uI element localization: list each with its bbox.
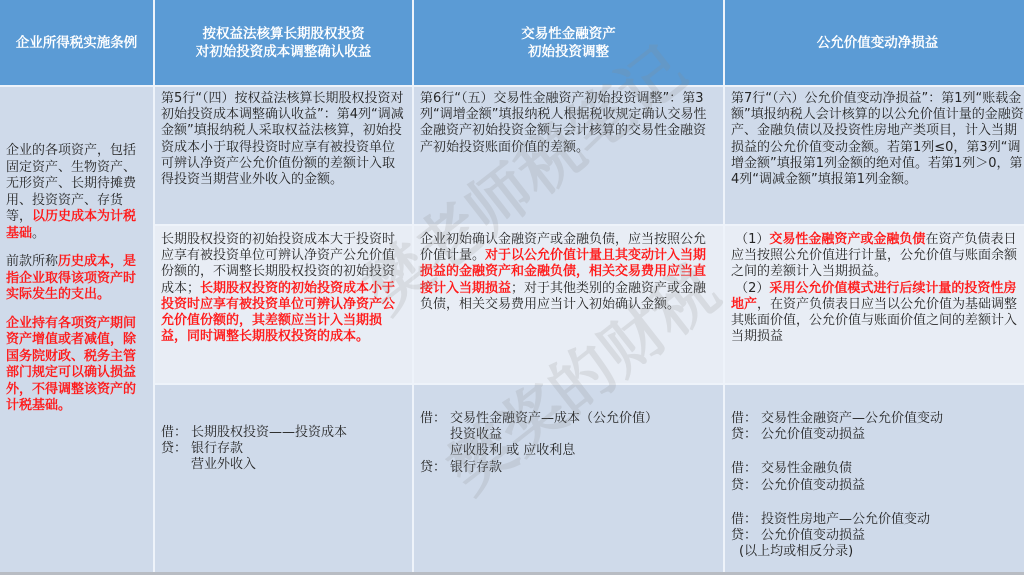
header-equity-method: 按权益法核算长期股权投资 对初始投资成本调整确认收益: [155, 0, 412, 85]
journal-entry-line: 借：交易性金融资产—公允价值变动: [731, 411, 1024, 427]
fairvalue-item-1: （1）交易性金融资产或金融负债在资产负债表日应当按照公允价值进行计量，公允价值与…: [731, 232, 1024, 281]
journal-entry-line: 贷：银行存款: [161, 441, 406, 457]
journal-entry-line: 贷：公允价值变动损益: [731, 427, 1024, 443]
equity-accounting-rule: 长期股权投资的初始投资成本大于投资时应享有被投资单位可辨认净资产公允价值份额的，…: [155, 226, 412, 383]
fairvalue-journal-entries: 借：交易性金融资产—公允价值变动 贷：公允价值变动损益 借：交易性金融负债 贷：…: [725, 385, 1024, 575]
equity-journal-entries: 借：长期股权投资——投资成本 贷：银行存款 营业外收入: [155, 385, 412, 575]
journal-entry-line: 贷：公允价值变动损益: [731, 528, 1024, 544]
header-tax-regulation: 企业所得税实施条例: [0, 0, 153, 85]
fairvalue-accounting-rule: （1）交易性金融资产或金融负债在资产负债表日应当按照公允价值进行计量，公允价值与…: [725, 226, 1024, 383]
journal-entry-line: 借：交易性金融负债: [731, 461, 1024, 477]
tax-comparison-table: 企业所得税实施条例 按权益法核算长期股权投资 对初始投资成本调整确认收益 交易性…: [0, 0, 1024, 572]
tax-regulation-text: 企业的各项资产，包括固定资产、生物资产、无形资产、长期待摊费用、投资资产、存货等…: [0, 87, 153, 575]
fairvalue-filing-rule: 第7行“（六）公允价值变动净损益”：第1列“账载金额”填报纳税人会计核算的以公允…: [725, 87, 1024, 224]
header-trading-assets: 交易性金融资产 初始投资调整: [414, 0, 723, 85]
journal-entry-line: 借：交易性金融资产—成本（公允价值）: [420, 411, 717, 427]
journal-entry-line: 投资收益: [420, 427, 717, 443]
journal-entry-line: 应收股利 或 应收利息: [420, 443, 717, 459]
journal-entry-line: 营业外收入: [161, 457, 406, 473]
fairvalue-item-2: （2）采用公允价值模式进行后续计量的投资性房地产，在资产负债表日应当以公允价值为…: [731, 281, 1024, 346]
trading-journal-entries: 借：交易性金融资产—成本（公允价值） 投资收益 应收股利 或 应收利息 贷：银行…: [414, 385, 723, 575]
trading-accounting-rule: 企业初始确认金融资产或金融负债，应当按照公允价值计量。对于以公允价值计量且其变动…: [414, 226, 723, 383]
trading-filing-rule: 第6行“（五）交易性金融资产初始投资调整”：第3列“调增金额”填报纳税人根据税收…: [414, 87, 723, 224]
journal-entry-line: 贷：银行存款: [420, 460, 717, 476]
journal-entry-line: 借：长期股权投资——投资成本: [161, 425, 406, 441]
journal-entry-group: 借：投资性房地产—公允价值变动 贷：公允价值变动损益: [731, 512, 1024, 544]
equity-filing-rule: 第5行“（四）按权益法核算长期股权投资对初始投资成本调整确认收益”：第4列“调减…: [155, 87, 412, 224]
regulation-para-1: 企业的各项资产，包括固定资产、生物资产、无形资产、长期待摊费用、投资资产、存货等…: [6, 143, 147, 242]
header-fair-value: 公允价值变动净损益: [725, 0, 1024, 85]
journal-entry-line: 贷：公允价值变动损益: [731, 478, 1024, 494]
reverse-entry-note: (以上均或相反分录): [731, 544, 1024, 560]
journal-entry-group: 借：交易性金融资产—公允价值变动 贷：公允价值变动损益: [731, 411, 1024, 443]
regulation-para-2: 前款所称历史成本，是指企业取得该项资产时实际发生的支出。: [6, 254, 147, 304]
highlight: 交易性金融资产或金融负债: [769, 232, 925, 247]
journal-entry-group: 借：交易性金融负债 贷：公允价值变动损益: [731, 461, 1024, 493]
regulation-para-3: 企业持有各项资产期间资产增值或者减值，除国务院财政、税务主管部门规定可以确认损益…: [6, 316, 147, 415]
journal-entry-line: 借：投资性房地产—公允价值变动: [731, 512, 1024, 528]
